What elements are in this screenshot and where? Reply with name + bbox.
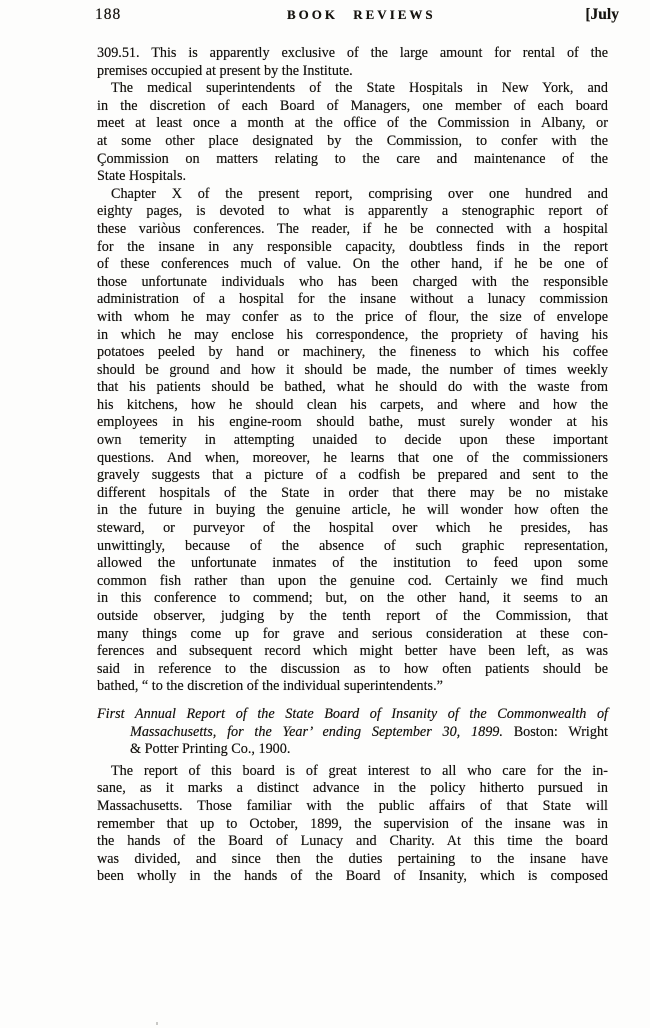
text-line: sane, as it marks a distinct advance in … [97,780,608,798]
text-column: 309.51. This is apparently exclusive of … [97,45,608,886]
text-line: premises occupied at present by the Inst… [97,63,608,81]
text-line: in the discretion of each Board of Manag… [97,98,608,116]
citation-title-italic: Massachusetts, for the Year’ ending Sept… [97,724,503,740]
page-header: 188 BOOK REVIEWS [July [0,0,650,24]
text-line: potatoes peeled by hand or machinery, th… [97,344,608,362]
text-line: his kitchens, how he should clean his ca… [97,397,608,415]
citation-line: First Annual Report of the State Board o… [97,706,608,724]
text-line: employees in his engine-room should bath… [97,414,608,432]
text-line: in this conference to commend; but, on t… [97,590,608,608]
text-line: The report of this board is of great int… [97,763,608,781]
paragraph: Chapter X of the present report, compris… [97,186,608,696]
text-line: with whom he may confer as to the price … [97,309,608,327]
text-line: questions. And when, moreover, he learns… [97,450,608,468]
text-line: The medical superintendents of the State… [97,80,608,98]
text-line: eighty pages, is devoted to what is appa… [97,203,608,221]
text-line: State Hospitals. [97,168,608,186]
text-line: bathed, “ to the discretion of the indiv… [97,678,608,696]
text-line: been wholly in the hands of the Board of… [97,868,608,886]
text-line: common fish rather than upon the genuine… [97,573,608,591]
page-number: 188 [95,6,121,24]
citation-line: & Potter Printing Co., 1900. [97,741,608,759]
text-line: different hospitals of the State in orde… [97,485,608,503]
text-line: of these conferences much of value. On t… [97,256,608,274]
running-title: BOOK REVIEWS [287,7,436,23]
text-line: in which he may enclose his corresponden… [97,327,608,345]
citation-line: Massachusetts, for the Year’ ending Sept… [97,724,608,742]
issue-date: [July [585,6,619,24]
text-line: remember that up to October, 1899, the s… [97,816,608,834]
text-line: should be ground and how it should be ma… [97,362,608,380]
text-line: many things come up for grave and seriou… [97,626,608,644]
scan-artifact-dot [156,1022,158,1025]
text-line: Çommission on matters relating to the ca… [97,151,608,169]
paragraph: The report of this board is of great int… [97,763,608,886]
text-line: in the future in buying the genuine arti… [97,502,608,520]
text-line: at some other place designated by the Co… [97,133,608,151]
text-line: unwittingly, because of the absence of s… [97,538,608,556]
text-line: Massachusetts. Those familiar with the p… [97,798,608,816]
book-citation: First Annual Report of the State Board o… [97,706,608,759]
text-line: meet at least once a month at the office… [97,115,608,133]
text-line: own temerity in attempting unaided to de… [97,432,608,450]
text-line: those unfortunate individuals who has be… [97,274,608,292]
text-line: 309.51. This is apparently exclusive of … [97,45,608,63]
text-line: gravely suggests that a picture of a cod… [97,467,608,485]
citation-title-italic: First Annual Report of the State Board o… [97,706,608,722]
text-line: the hands of the Board of Lunacy and Cha… [97,833,608,851]
text-line: ferences and subsequent record which mig… [97,643,608,661]
text-line: was divided, and since then the duties p… [97,851,608,869]
text-line: administration of a hospital for the ins… [97,291,608,309]
text-line: Chapter X of the present report, compris… [97,186,608,204]
text-line: that his patients should be bathed, what… [97,379,608,397]
text-line: for the insane in any responsible capaci… [97,239,608,257]
text-line: allowed the unfortunate inmates of the i… [97,555,608,573]
text-line: steward, or purveyor of the hospital ove… [97,520,608,538]
citation-publisher: Boston: Wright [514,724,608,740]
book-page: 188 BOOK REVIEWS [July 309.51. This is a… [0,0,650,1028]
text-line: outside observer, judging by the tenth r… [97,608,608,626]
paragraph: The medical superintendents of the State… [97,80,608,186]
text-line: these variòus conferences. The reader, i… [97,221,608,239]
text-line: said in reference to the discussion as t… [97,661,608,679]
paragraph-continuation: 309.51. This is apparently exclusive of … [97,45,608,80]
